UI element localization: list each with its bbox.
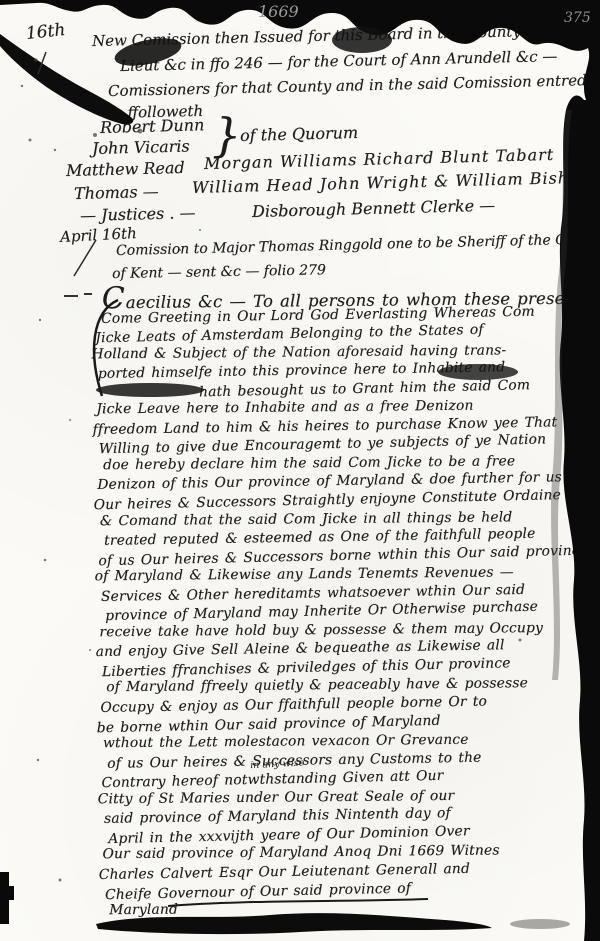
commissioner-names: William Head John Wright & William Bisho… [192, 168, 591, 197]
commissioner-name: Matthew Read [66, 158, 185, 180]
page-number: 375 [564, 10, 591, 26]
clerk-signature: Disborough Bennett Clerke — [252, 196, 496, 221]
manuscript-line: Maryland [109, 898, 580, 921]
april-entry-line: Comission to Major Thomas Ringgold one t… [116, 231, 600, 259]
commissioner-name: John Vicaris [92, 136, 190, 158]
justices-label: — Justices . — [80, 203, 196, 225]
commissioner-name: Thomas — [74, 182, 159, 203]
april-entry-line: of Kent — sent &c — folio 279 [112, 262, 326, 282]
margin-date: 16th [25, 20, 66, 44]
header-line: Comissioners for that County and in the … [108, 71, 587, 100]
handwriting-layer: 16th New Comission then Issued for this … [0, 0, 600, 941]
quorum-label: of the Quorum [240, 123, 359, 145]
header-line: Lieut &c in ffo 246 — for the Court of A… [120, 47, 558, 75]
header-line: New Comission then Issued for this Board… [92, 21, 586, 50]
year-mark: 1669 [258, 2, 299, 21]
patent-body: Caecilius &c — To all persons to whom th… [94, 285, 581, 922]
commissioner-names: Morgan Williams Richard Blunt Tabart [204, 145, 555, 173]
manuscript-page: 16th New Comission then Issued for this … [0, 0, 600, 941]
commissioner-name: Robert Dunn [100, 115, 205, 137]
